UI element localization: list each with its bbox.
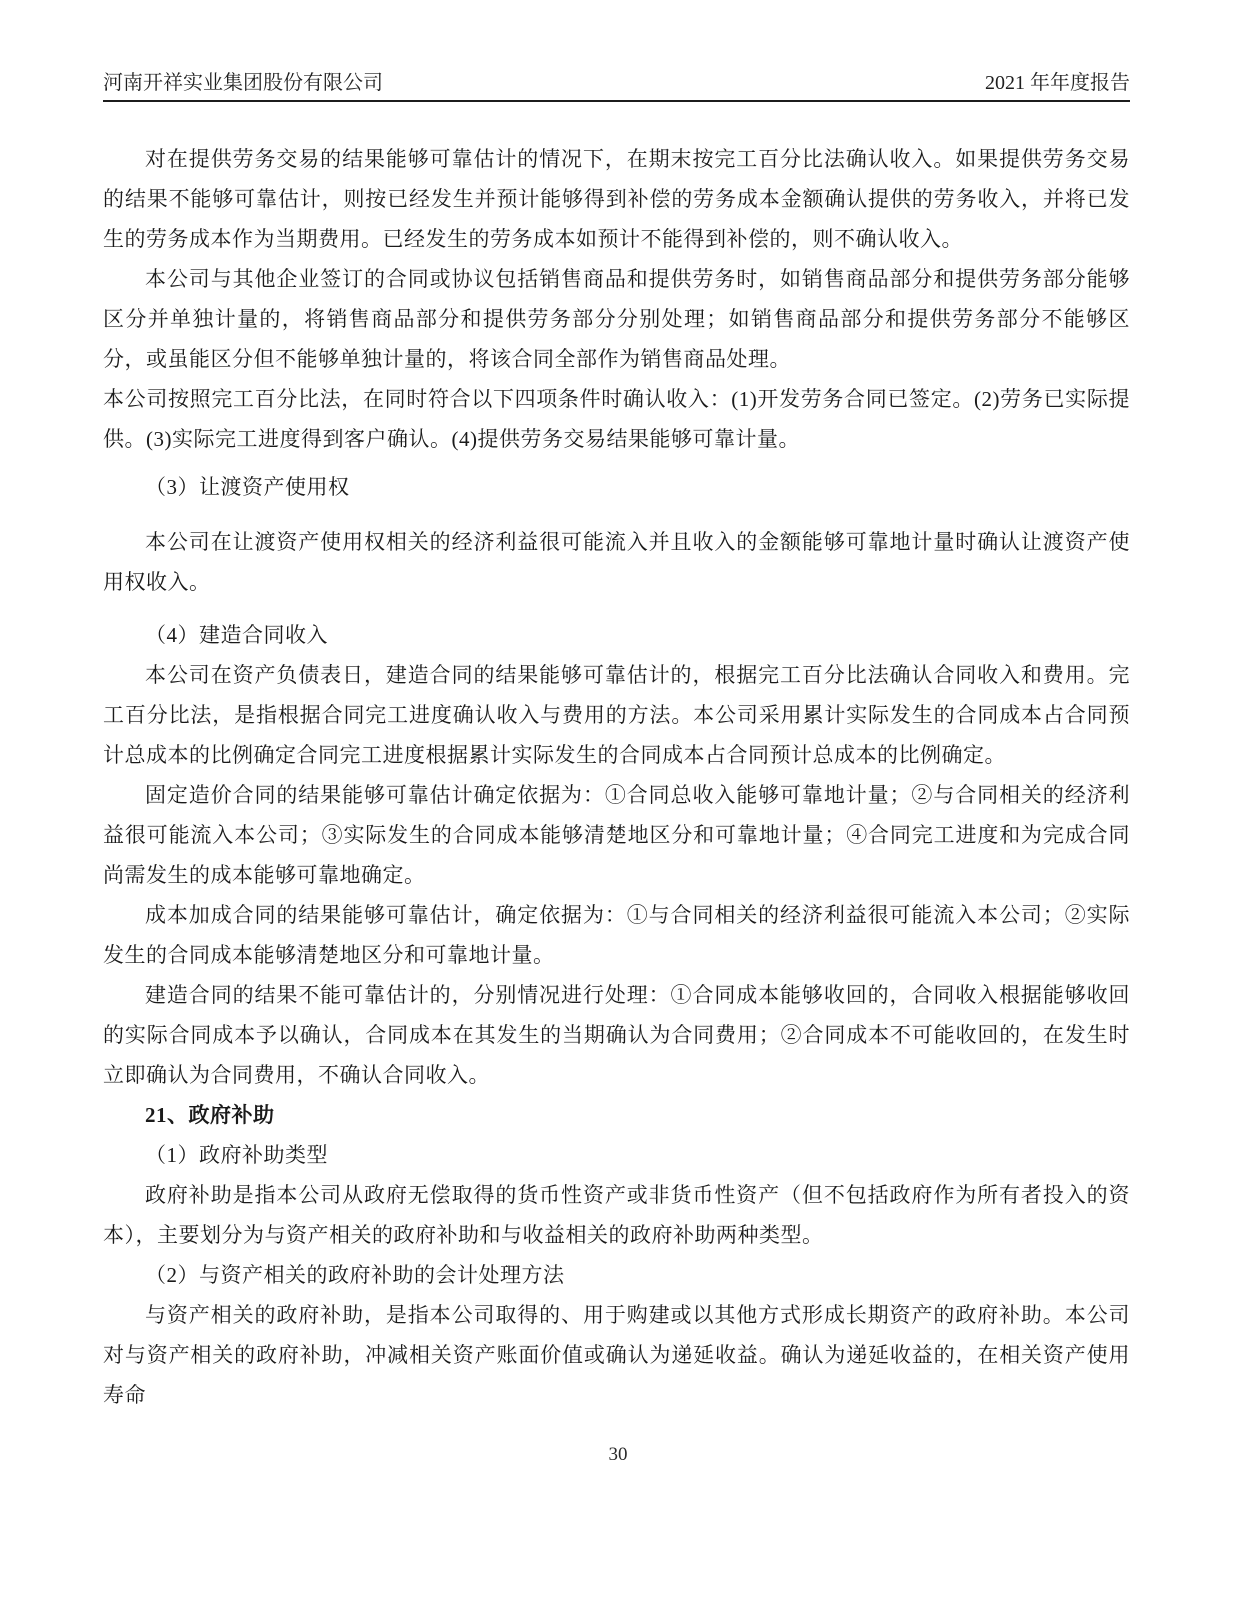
header-report-title: 2021 年年度报告	[985, 70, 1130, 96]
paragraph: 本公司与其他企业签订的合同或协议包括销售商品和提供劳务时，如销售商品部分和提供劳…	[103, 259, 1130, 379]
subsection-heading-1: （1）政府补助类型	[103, 1135, 1130, 1175]
section-heading-4: （4）建造合同收入	[103, 615, 1130, 655]
page-number: 30	[609, 1444, 628, 1465]
report-page: 河南开祥实业集团股份有限公司 2021 年年度报告 对在提供劳务交易的结果能够可…	[0, 0, 1236, 1600]
paragraph: 建造合同的结果不能可靠估计的，分别情况进行处理：①合同成本能够收回的，合同收入根…	[103, 975, 1130, 1095]
section-heading-21: 21、政府补助	[103, 1095, 1130, 1135]
paragraph: 政府补助是指本公司从政府无偿取得的货币性资产或非货币性资产（但不包括政府作为所有…	[103, 1175, 1130, 1255]
paragraph: 本公司在让渡资产使用权相关的经济利益很可能流入并且收入的金额能够可靠地计量时确认…	[103, 522, 1130, 602]
paragraph: 成本加成合同的结果能够可靠估计，确定依据为：①与合同相关的经济利益很可能流入本公…	[103, 895, 1130, 975]
section-heading-3: （3）让渡资产使用权	[103, 467, 1130, 507]
page-header: 河南开祥实业集团股份有限公司 2021 年年度报告	[0, 0, 1236, 96]
header-company-name: 河南开祥实业集团股份有限公司	[103, 70, 383, 96]
paragraph: 本公司按照完工百分比法，在同时符合以下四项条件时确认收入：(1)开发劳务合同已签…	[103, 379, 1130, 459]
paragraph: 固定造价合同的结果能够可靠估计确定依据为：①合同总收入能够可靠地计量；②与合同相…	[103, 775, 1130, 895]
document-body: 对在提供劳务交易的结果能够可靠估计的情况下，在期末按完工百分比法确认收入。如果提…	[0, 102, 1236, 1415]
subsection-heading-2: （2）与资产相关的政府补助的会计处理方法	[103, 1255, 1130, 1295]
paragraph: 对在提供劳务交易的结果能够可靠估计的情况下，在期末按完工百分比法确认收入。如果提…	[103, 139, 1130, 259]
paragraph: 本公司在资产负债表日，建造合同的结果能够可靠估计的，根据完工百分比法确认合同收入…	[103, 655, 1130, 775]
page-footer: 30	[0, 1443, 1236, 1467]
paragraph: 与资产相关的政府补助，是指本公司取得的、用于购建或以其他方式形成长期资产的政府补…	[103, 1295, 1130, 1415]
